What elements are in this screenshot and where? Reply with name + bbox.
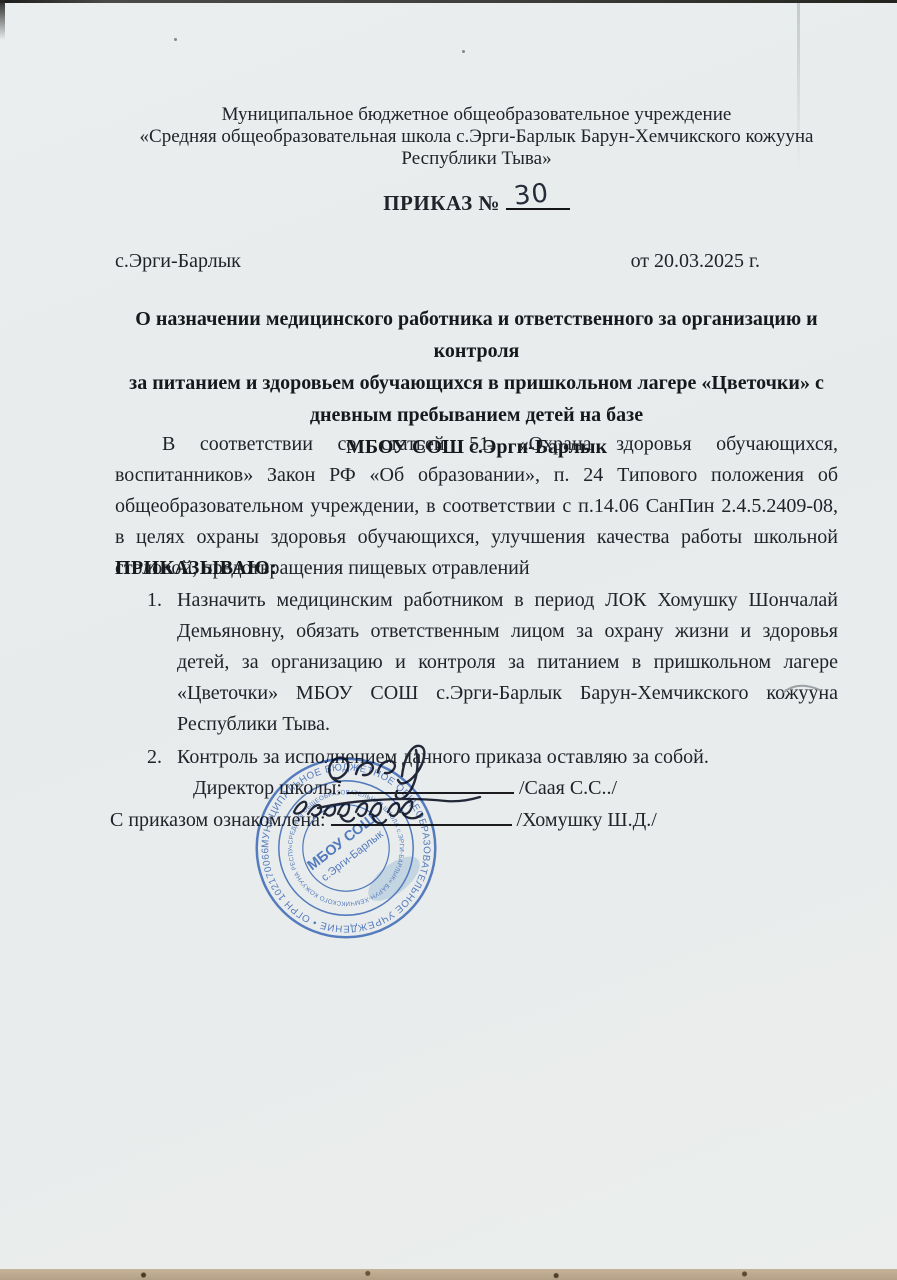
order-date: от 20.03.2025 г. [631, 250, 760, 273]
order-number-line: ПРИКАЗ № 30 [115, 188, 838, 216]
stamp-center-line-2: с.Эрги-Барлык [319, 828, 385, 884]
decree-word: ПРИКАЗЫВАЮ: [115, 553, 277, 584]
order-number-handwritten: 30 [512, 178, 550, 212]
stamp-ink-smudge [361, 848, 427, 909]
acknowledged-handwritten-signature [286, 784, 490, 836]
order-item-1: 1. Назначить медицинским работником в пе… [147, 585, 838, 740]
photo-top-edge [0, 0, 897, 3]
item-number: 1. [147, 585, 177, 740]
order-label: ПРИКАЗ № [383, 191, 500, 215]
order-title-line-3: дневным пребыванием детей на базе [110, 399, 843, 431]
order-title-line-1: О назначении медицинского работника и от… [110, 303, 843, 367]
org-name-line-1: Муниципальное бюджетное общеобразователь… [115, 104, 838, 126]
place-name: с.Эрги-Барлык [115, 250, 241, 273]
order-title-line-2: за питанием и здоровьем обучающихся в пр… [110, 367, 843, 399]
table-surface-edge [0, 1269, 897, 1280]
organization-name: Муниципальное бюджетное общеобразователь… [115, 104, 838, 170]
place-date-row: с.Эрги-Барлык от 20.03.2025 г. [115, 250, 838, 273]
order-items: 1. Назначить медицинским работником в пе… [147, 585, 838, 773]
order-number-underline: 30 [506, 188, 570, 210]
director-name: /Саая С.С../ [519, 777, 617, 799]
org-name-line-3: Республики Тыва» [115, 148, 838, 170]
item-number: 2. [147, 742, 177, 773]
scanned-order-document: Муниципальное бюджетное общеобразователь… [0, 0, 897, 1280]
paper-speck [462, 50, 465, 53]
paper-speck [174, 38, 177, 41]
item-text: Контроль за исполнением данного приказа … [177, 742, 838, 773]
item-text: Назначить медицинским работником в перио… [177, 585, 838, 740]
order-item-2: 2. Контроль за исполнением данного прика… [147, 742, 838, 773]
org-name-line-2: «Средняя общеобразовательная школа с.Эрг… [115, 126, 838, 148]
photo-left-edge [0, 0, 5, 40]
acknowledged-name: /Хомушку Ш.Д./ [517, 809, 657, 831]
pen-swoosh-artifact [780, 678, 824, 702]
